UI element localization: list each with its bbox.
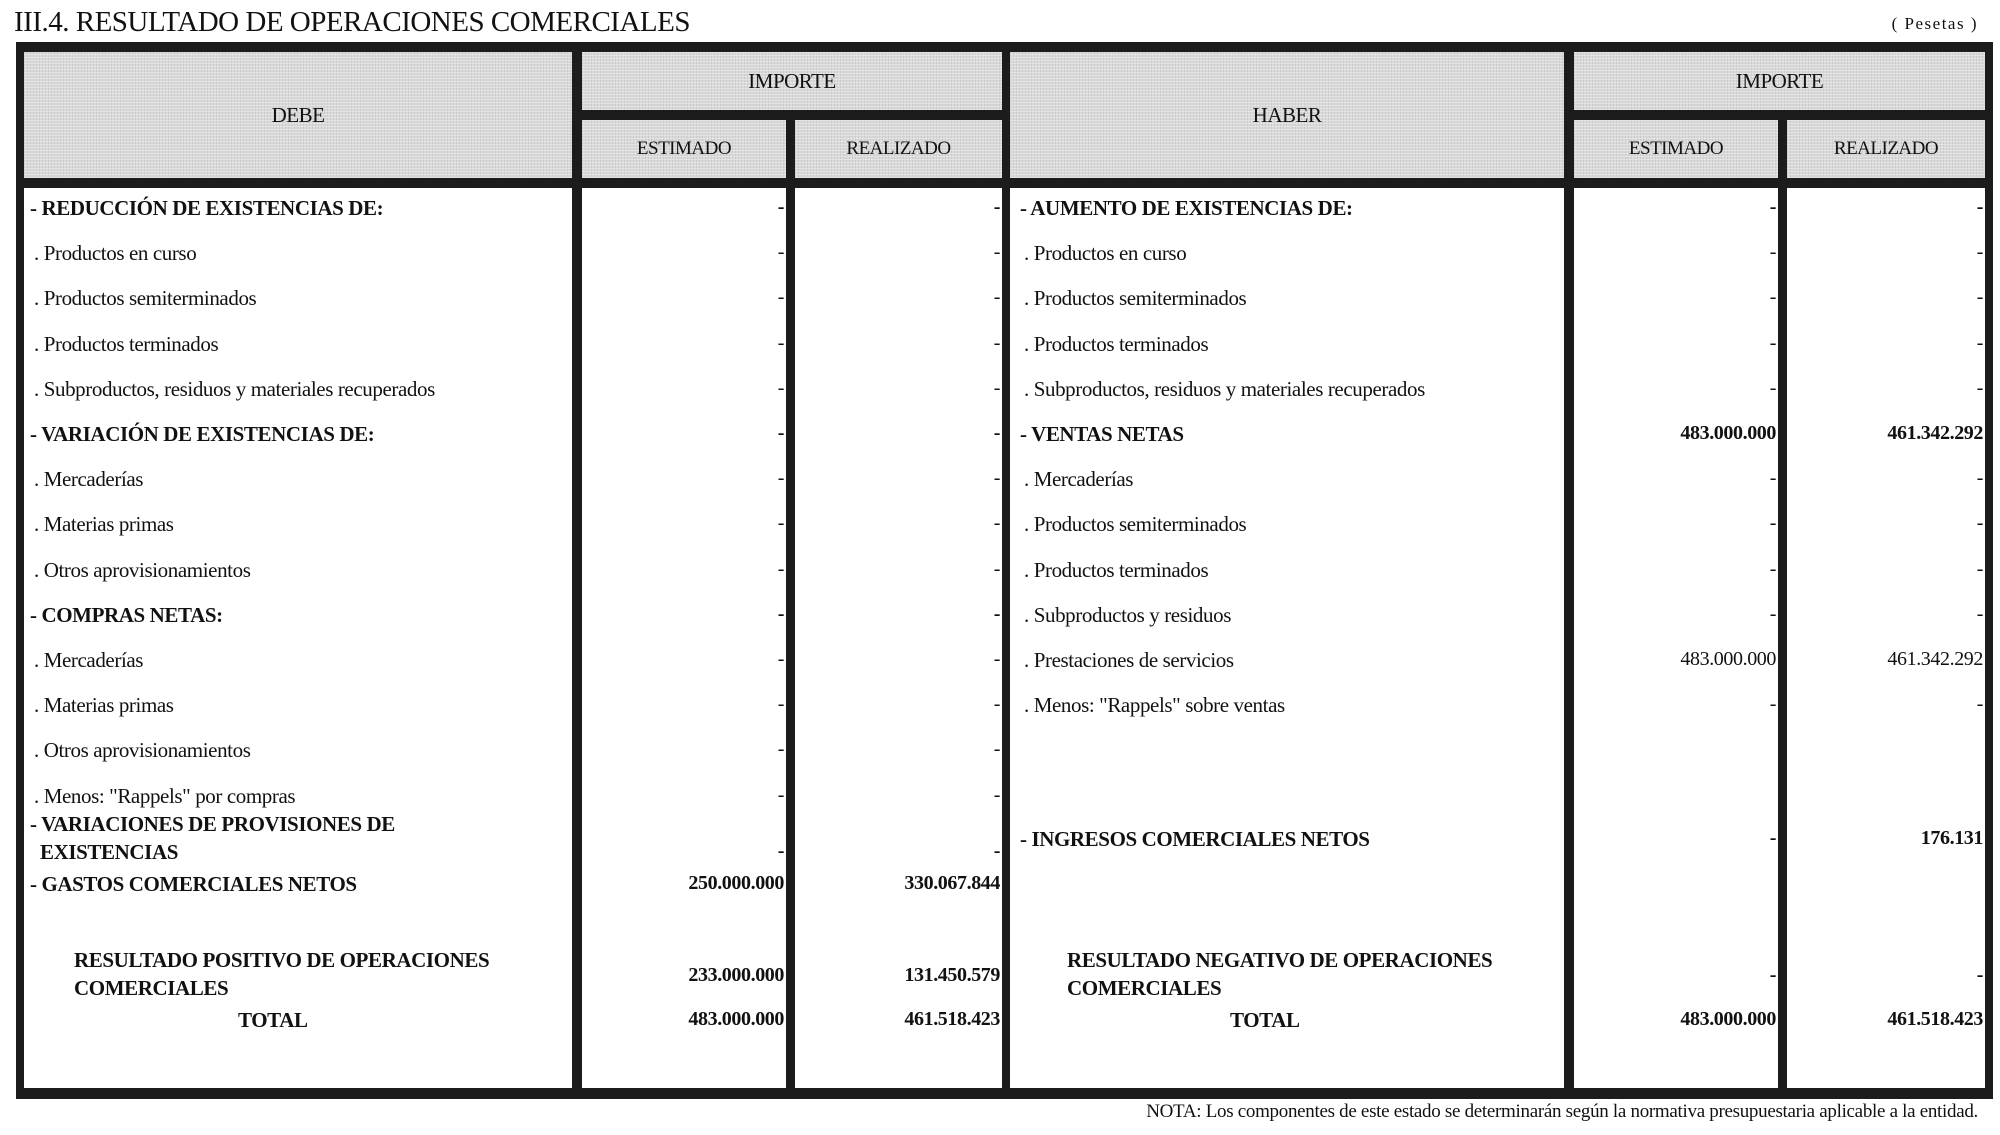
haber-resultado-line2: COMERCIALES xyxy=(1067,976,1221,1001)
debe-total-realizado: 461.518.423 xyxy=(795,1008,1000,1031)
haber-row-realizado: - xyxy=(1787,512,1983,535)
haber-row-realizado: 461.342.292 xyxy=(1787,422,1983,445)
debe-row-estimado: - xyxy=(582,422,784,445)
debe-row-label: . Otros aprovisionamientos xyxy=(34,738,251,763)
haber-row-estimado: - xyxy=(1574,693,1776,716)
debe-row-realizado: - xyxy=(795,693,1000,716)
haber-row-estimado: - xyxy=(1574,332,1776,355)
currency-units: ( Pesetas ) xyxy=(1892,14,1978,34)
haber-total-estimado: 483.000.000 xyxy=(1574,1008,1776,1031)
debe-variaciones-line1: - VARIACIONES DE PROVISIONES DE xyxy=(30,812,395,837)
debe-row-realizado: - xyxy=(795,467,1000,490)
debe-row-realizado: - xyxy=(795,377,1000,400)
header-haber: HABER xyxy=(1010,52,1564,178)
haber-row-estimado: - xyxy=(1574,377,1776,400)
header-debe: DEBE xyxy=(24,52,572,178)
haber-row-label: . Mercaderías xyxy=(1024,467,1133,492)
debe-row-label: - REDUCCIÓN DE EXISTENCIAS DE: xyxy=(30,196,383,221)
debe-row-estimado: - xyxy=(582,558,784,581)
debe-gastos-estimado: 250.000.000 xyxy=(582,872,784,895)
header-estimado-left: ESTIMADO xyxy=(582,120,786,178)
haber-row-realizado: - xyxy=(1787,693,1983,716)
debe-row-estimado: - xyxy=(582,784,784,807)
haber-row-label: . Productos semiterminados xyxy=(1024,512,1246,537)
haber-ingresos-estimado: - xyxy=(1574,827,1776,850)
haber-row-label: - VENTAS NETAS xyxy=(1020,422,1184,447)
page-title: III.4. RESULTADO DE OPERACIONES COMERCIA… xyxy=(14,6,690,39)
header-importe-right-label: IMPORTE xyxy=(1736,69,1823,94)
debe-row-estimado: - xyxy=(582,603,784,626)
debe-total-estimado: 483.000.000 xyxy=(582,1008,784,1031)
debe-estimado-column xyxy=(582,188,786,1088)
debe-resultado-realizado: 131.450.579 xyxy=(795,964,1000,987)
haber-row-label: . Productos terminados xyxy=(1024,332,1208,357)
haber-row-estimado: - xyxy=(1574,512,1776,535)
haber-ingresos-label: - INGRESOS COMERCIALES NETOS xyxy=(1020,827,1370,852)
header-estimado-right: ESTIMADO xyxy=(1574,120,1778,178)
haber-row-realizado: - xyxy=(1787,332,1983,355)
debe-resultado-line1: RESULTADO POSITIVO DE OPERACIONES xyxy=(74,948,489,973)
haber-row-estimado: - xyxy=(1574,467,1776,490)
debe-variaciones-line2: EXISTENCIAS xyxy=(40,840,178,865)
debe-row-label: - COMPRAS NETAS: xyxy=(30,603,223,628)
haber-row-label: . Subproductos, residuos y materiales re… xyxy=(1024,377,1425,402)
debe-row-realizado: - xyxy=(795,422,1000,445)
haber-row-label: . Menos: "Rappels" sobre ventas xyxy=(1024,693,1285,718)
haber-row-estimado: - xyxy=(1574,196,1776,219)
debe-row-label: . Materias primas xyxy=(34,693,174,718)
haber-row-estimado: - xyxy=(1574,558,1776,581)
header-debe-label: DEBE xyxy=(272,103,325,128)
debe-row-label: . Menos: "Rappels" por compras xyxy=(34,784,295,809)
debe-row-estimado: - xyxy=(582,377,784,400)
haber-resultado-realizado: - xyxy=(1787,964,1983,987)
header-realizado-left-label: REALIZADO xyxy=(846,138,950,160)
debe-row-label: . Subproductos, residuos y materiales re… xyxy=(34,377,435,402)
debe-variaciones-realizado: - xyxy=(795,840,1000,863)
haber-row-label: . Subproductos y residuos xyxy=(1024,603,1231,628)
debe-row-label: . Mercaderías xyxy=(34,648,143,673)
debe-row-realizado: - xyxy=(795,196,1000,219)
debe-row-estimado: - xyxy=(582,241,784,264)
haber-total-realizado: 461.518.423 xyxy=(1787,1008,1983,1031)
haber-row-realizado: - xyxy=(1787,467,1983,490)
footer-note: NOTA: Los componentes de este estado se … xyxy=(1146,1101,1978,1123)
header-estimado-right-label: ESTIMADO xyxy=(1629,138,1723,160)
haber-row-label: . Prestaciones de servicios xyxy=(1024,648,1234,673)
haber-row-label: . Productos en curso xyxy=(1024,241,1186,266)
debe-row-label: . Productos semiterminados xyxy=(34,286,256,311)
debe-gastos-realizado: 330.067.844 xyxy=(795,872,1000,895)
haber-estimado-column xyxy=(1574,188,1778,1088)
debe-gastos-label: - GASTOS COMERCIALES NETOS xyxy=(30,872,357,897)
header-realizado-left: REALIZADO xyxy=(795,120,1002,178)
haber-row-realizado: - xyxy=(1787,286,1983,309)
haber-row-estimado: - xyxy=(1574,286,1776,309)
header-importe-right: IMPORTE xyxy=(1574,52,1985,110)
haber-row-estimado: 483.000.000 xyxy=(1574,648,1776,671)
debe-row-estimado: - xyxy=(582,286,784,309)
debe-row-estimado: - xyxy=(582,512,784,535)
debe-row-label: . Mercaderías xyxy=(34,467,143,492)
header-realizado-right-label: REALIZADO xyxy=(1834,138,1938,160)
header-realizado-right: REALIZADO xyxy=(1787,120,1985,178)
debe-row-realizado: - xyxy=(795,784,1000,807)
haber-ingresos-realizado: 176.131 xyxy=(1787,827,1983,850)
header-haber-label: HABER xyxy=(1253,103,1322,128)
haber-row-label: - AUMENTO DE EXISTENCIAS DE: xyxy=(1020,196,1353,221)
debe-row-estimado: - xyxy=(582,648,784,671)
debe-row-estimado: - xyxy=(582,332,784,355)
haber-total-label: TOTAL xyxy=(1230,1008,1300,1033)
haber-row-realizado: - xyxy=(1787,241,1983,264)
debe-row-realizado: - xyxy=(795,558,1000,581)
haber-resultado-line1: RESULTADO NEGATIVO DE OPERACIONES xyxy=(1067,948,1492,973)
debe-row-realizado: - xyxy=(795,512,1000,535)
haber-realizado-column xyxy=(1787,188,1985,1088)
debe-resultado-line2: COMERCIALES xyxy=(74,976,228,1001)
header-importe-left-label: IMPORTE xyxy=(748,69,835,94)
debe-resultado-estimado: 233.000.000 xyxy=(582,964,784,987)
debe-row-realizado: - xyxy=(795,241,1000,264)
header-estimado-left-label: ESTIMADO xyxy=(637,138,731,160)
debe-row-label: . Materias primas xyxy=(34,512,174,537)
haber-row-estimado: 483.000.000 xyxy=(1574,422,1776,445)
debe-row-label: . Productos terminados xyxy=(34,332,218,357)
debe-row-realizado: - xyxy=(795,738,1000,761)
haber-row-realizado: - xyxy=(1787,196,1983,219)
debe-variaciones-estimado: - xyxy=(582,840,784,863)
debe-row-realizado: - xyxy=(795,332,1000,355)
debe-row-estimado: - xyxy=(582,738,784,761)
haber-row-estimado: - xyxy=(1574,603,1776,626)
haber-row-realizado: 461.342.292 xyxy=(1787,648,1983,671)
debe-row-label: . Otros aprovisionamientos xyxy=(34,558,251,583)
debe-row-realizado: - xyxy=(795,648,1000,671)
debe-row-realizado: - xyxy=(795,603,1000,626)
haber-row-realizado: - xyxy=(1787,603,1983,626)
haber-row-realizado: - xyxy=(1787,377,1983,400)
debe-row-estimado: - xyxy=(582,467,784,490)
haber-row-estimado: - xyxy=(1574,241,1776,264)
debe-row-label: - VARIACIÓN DE EXISTENCIAS DE: xyxy=(30,422,374,447)
haber-row-label: . Productos terminados xyxy=(1024,558,1208,583)
debe-row-realizado: - xyxy=(795,286,1000,309)
debe-row-label: . Productos en curso xyxy=(34,241,196,266)
debe-realizado-column xyxy=(795,188,1002,1088)
debe-total-label: TOTAL xyxy=(238,1008,308,1033)
header-importe-left: IMPORTE xyxy=(582,52,1002,110)
haber-row-label: . Productos semiterminados xyxy=(1024,286,1246,311)
haber-row-realizado: - xyxy=(1787,558,1983,581)
debe-row-estimado: - xyxy=(582,693,784,716)
haber-resultado-estimado: - xyxy=(1574,964,1776,987)
debe-row-estimado: - xyxy=(582,196,784,219)
